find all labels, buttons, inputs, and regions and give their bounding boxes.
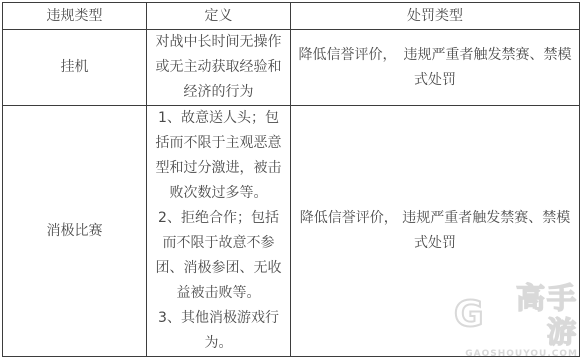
afk-definition-cell: 对战中长时间无操作或无主动获取经验和经济的行为 (147, 30, 291, 106)
table-header-row: 违规类型 定义 处罚类型 (3, 3, 580, 30)
violation-rules-table: 违规类型 定义 处罚类型 挂机 对战中长时间无操作或无主动获取经验和经济的行为 … (2, 2, 580, 357)
table-row-negative-play: 消极比赛 1、故意送人头；包括而不限于主观恶意型和过分激进，被击败次数过多等。 … (3, 106, 580, 357)
negative-play-penalty-cell: 降低信誉评价， 违规严重者触发禁赛、禁模式处罚 (291, 106, 580, 357)
page: 违规类型 定义 处罚类型 挂机 对战中长时间无操作或无主动获取经验和经济的行为 … (0, 0, 582, 363)
definition-item-2: 2、拒绝合作；包括而不限于故意不参团、消极参团、无收益被击败等。 (152, 206, 285, 306)
definition-item-1: 1、故意送人头；包括而不限于主观恶意型和过分激进，被击败次数过多等。 (152, 106, 285, 206)
header-definition: 定义 (147, 3, 291, 30)
negative-play-definition-cell: 1、故意送人头；包括而不限于主观恶意型和过分激进，被击败次数过多等。 2、拒绝合… (147, 106, 291, 357)
negative-play-type-cell: 消极比赛 (3, 106, 147, 357)
afk-type-cell: 挂机 (3, 30, 147, 106)
definition-item-3: 3、其他消极游戏行为。 (152, 306, 285, 356)
header-penalty-type: 处罚类型 (291, 3, 580, 30)
afk-penalty-cell: 降低信誉评价， 违规严重者触发禁赛、禁模式处罚 (291, 30, 580, 106)
table-row-afk: 挂机 对战中长时间无操作或无主动获取经验和经济的行为 降低信誉评价， 违规严重者… (3, 30, 580, 106)
header-violation-type: 违规类型 (3, 3, 147, 30)
